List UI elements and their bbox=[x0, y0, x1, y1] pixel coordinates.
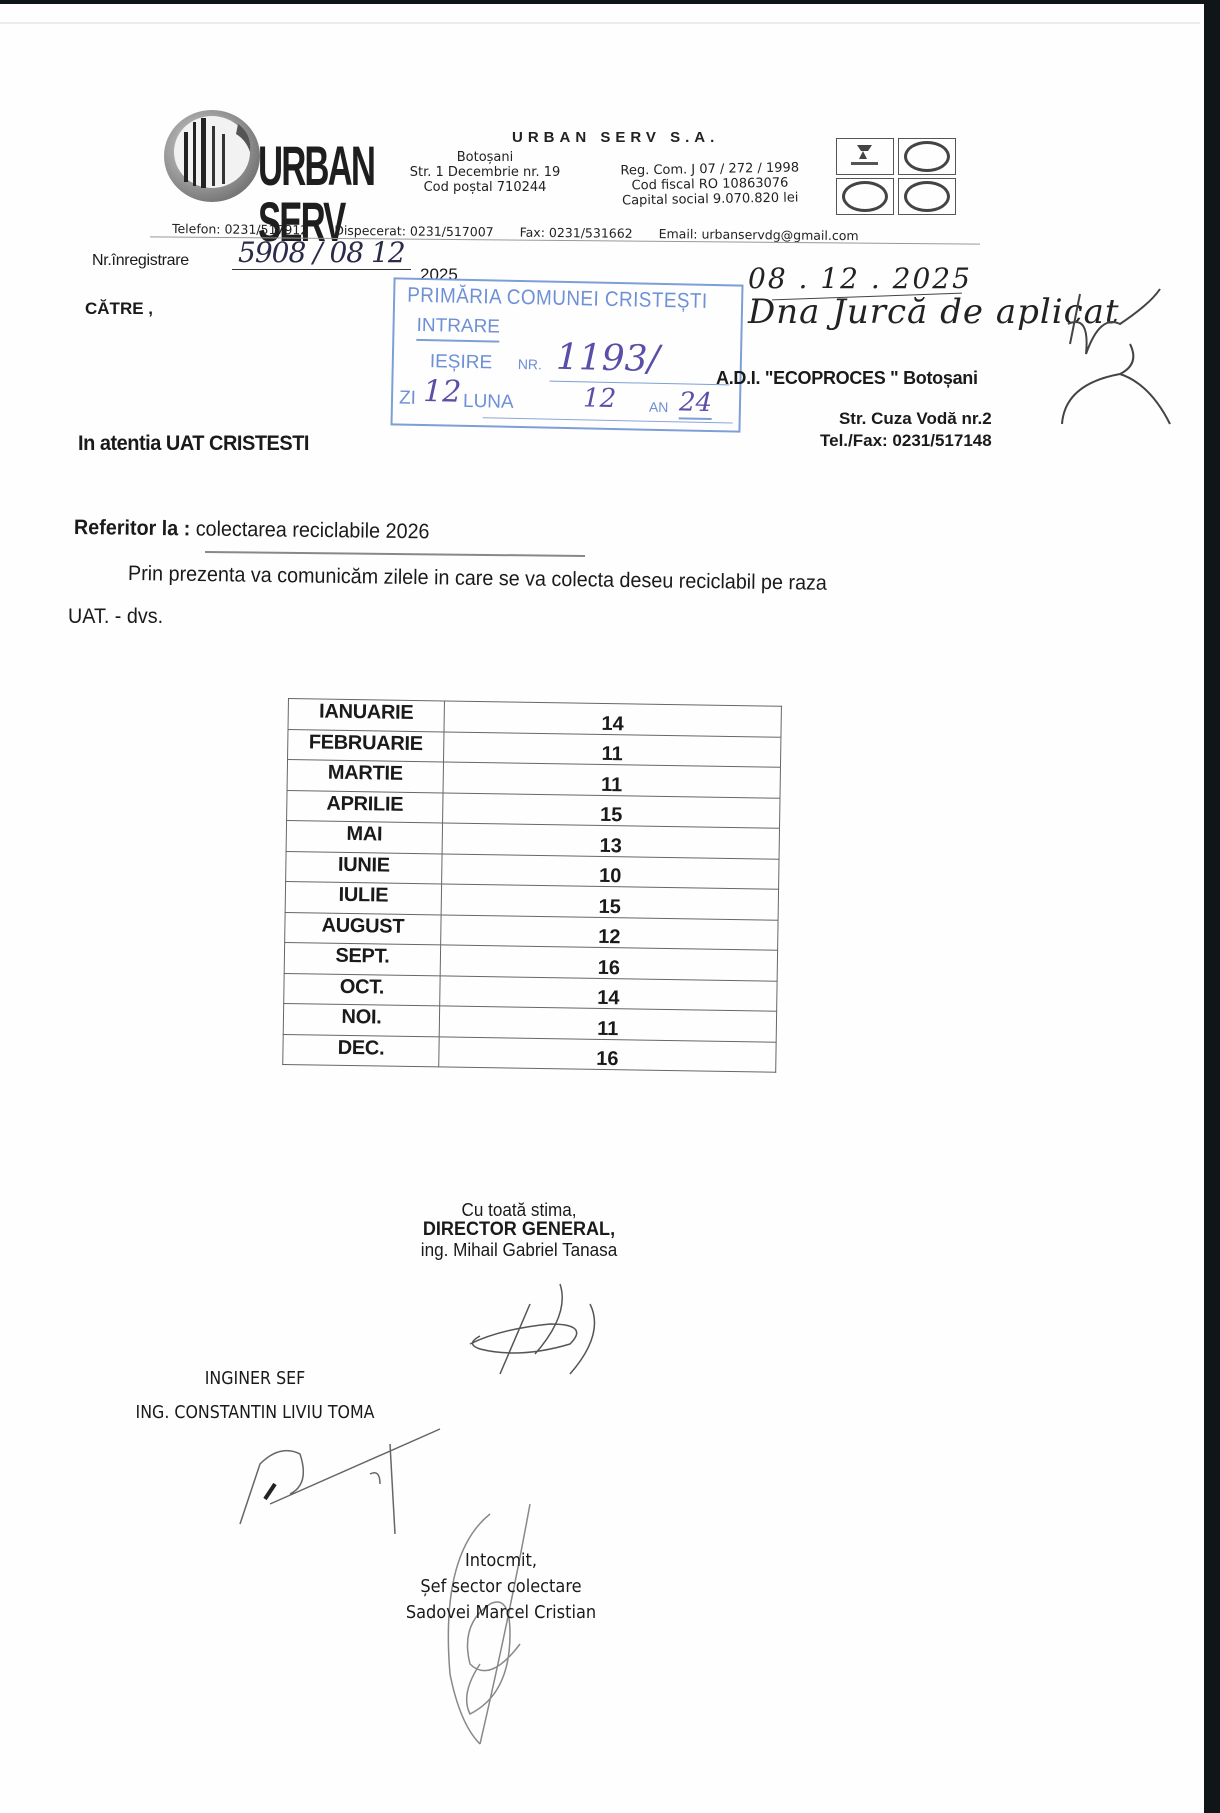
certification-seal-icon bbox=[836, 178, 894, 215]
prepared-by-block: Intocmit, Șef sector colectare Sadovei M… bbox=[389, 1548, 614, 1626]
scanned-letter-page: URBAN SERV URBAN SERV S.A. Botoșani Str.… bbox=[0, 4, 1204, 1813]
addressee-label: CĂTRE , bbox=[85, 299, 153, 319]
month-cell: IUNIE bbox=[286, 851, 442, 884]
stamp-nr-line bbox=[549, 381, 729, 386]
month-cell: MAI bbox=[286, 820, 442, 853]
company-registry: Reg. Com. J 07 / 272 / 1998 Cod fiscal R… bbox=[600, 160, 821, 209]
recipient-address: Str. Cuza Vodă nr.2 Tel./Fax: 0231/51714… bbox=[820, 408, 992, 452]
month-cell: AUGUST bbox=[285, 912, 441, 945]
month-cell: SEPT. bbox=[284, 942, 440, 975]
month-cell: DEC. bbox=[283, 1034, 439, 1067]
registration-number: 5908 / 08 12 bbox=[232, 236, 411, 270]
collection-day-cell: 16 bbox=[439, 1036, 776, 1072]
body-paragraph-line: UAT. - dvs. bbox=[68, 605, 163, 629]
stamp-iesire-label: IEȘIRE bbox=[430, 351, 493, 374]
company-address: Botoșani Str. 1 Decembrie nr. 19 Cod poș… bbox=[395, 150, 575, 195]
fax-number: Fax: 0231/531662 bbox=[520, 225, 633, 241]
body-paragraph-line: Prin prezenta va comunicăm zilele in car… bbox=[128, 562, 827, 596]
phone-number: Telefon: 0231/517912 bbox=[172, 221, 308, 237]
month-cell: IANUARIE bbox=[288, 699, 444, 732]
annotation-signature-icon bbox=[1060, 284, 1180, 454]
month-cell: APRILIE bbox=[287, 790, 443, 823]
stamp-zi-label: ZI bbox=[399, 387, 416, 409]
prepared-by-label: Intocmit, bbox=[389, 1548, 614, 1574]
globe-logo-icon bbox=[160, 104, 270, 204]
stamp-zi-value: 12 bbox=[423, 374, 462, 410]
attention-line: In atentia UAT CRISTESTI bbox=[78, 432, 309, 456]
stamp-nr-label: NR. bbox=[518, 356, 542, 373]
address-city: Botoșani bbox=[395, 150, 575, 165]
closing-salutation: Cu toată stima, bbox=[395, 1200, 644, 1220]
annotation-date: 08 . 12 . 2025 bbox=[748, 262, 972, 295]
collection-schedule-table: IANUARIE14FEBRUARIE11MARTIE11APRILIE15MA… bbox=[282, 698, 782, 1073]
director-signature-icon bbox=[460, 1274, 620, 1384]
month-cell: IULIE bbox=[285, 881, 441, 914]
urban-serv-logo: URBAN SERV bbox=[160, 104, 400, 204]
subject-underline bbox=[205, 551, 585, 557]
prepared-by-name: Sadovei Marcel Cristian bbox=[389, 1600, 614, 1626]
recipient-phone: Tel./Fax: 0231/517148 bbox=[820, 430, 992, 452]
stamp-luna-label: LUNA bbox=[463, 391, 514, 414]
month-cell: NOI. bbox=[283, 1003, 439, 1036]
share-capital: Capital social 9.070.820 lei bbox=[600, 190, 820, 209]
director-title: DIRECTOR GENERAL, bbox=[395, 1220, 644, 1240]
director-signature-block: Cu toată stima, DIRECTOR GENERAL, ing. M… bbox=[395, 1200, 644, 1260]
director-name: ing. Mihail Gabriel Tanasa bbox=[395, 1240, 644, 1260]
prepared-by-title: Șef sector colectare bbox=[389, 1574, 614, 1600]
town-hall-intake-stamp: PRIMĂRIA COMUNEI CRISTEȘTI INTRARE IEȘIR… bbox=[390, 277, 743, 432]
address-postal: Cod poștal 710244 bbox=[395, 180, 575, 195]
subject-text: colectarea reciclabile 2026 bbox=[196, 517, 430, 543]
registration-label: Nr.înregistrare bbox=[92, 252, 189, 270]
address-street: Str. 1 Decembrie nr. 19 bbox=[395, 165, 575, 180]
stamp-nr-value: 1193/ bbox=[556, 337, 661, 380]
stamp-title: PRIMĂRIA COMUNEI CRISTEȘTI bbox=[407, 284, 708, 314]
company-name: URBAN SERV S.A. bbox=[512, 129, 719, 146]
stamp-an-label: AN bbox=[649, 399, 669, 415]
certification-seal-icon bbox=[898, 138, 956, 175]
month-cell: OCT. bbox=[284, 973, 440, 1006]
scan-edge-line bbox=[0, 22, 1200, 24]
chief-engineer-title: INGINER SEF bbox=[110, 1362, 400, 1396]
month-cell: MARTIE bbox=[287, 760, 443, 793]
recipient-street: Str. Cuza Vodă nr.2 bbox=[820, 408, 992, 430]
certification-seal-icon bbox=[836, 138, 894, 175]
subject-line: Referitor la : colectarea reciclabile 20… bbox=[74, 516, 430, 544]
chief-engineer-block: INGINER SEF ING. CONSTANTIN LIVIU TOMA bbox=[110, 1362, 400, 1430]
chief-engineer-signature-icon bbox=[230, 1424, 450, 1534]
table-row: DEC.16 bbox=[283, 1034, 776, 1072]
stamp-intrare-label: INTRARE bbox=[416, 315, 500, 343]
subject-label: Referitor la : bbox=[74, 516, 191, 540]
stamp-an-value: 24 bbox=[679, 387, 713, 420]
stamp-luna-value: 12 bbox=[583, 383, 617, 414]
recipient-name: A.D.I. "ECOPROCES " Botoșani bbox=[716, 368, 978, 389]
month-cell: FEBRUARIE bbox=[288, 729, 444, 762]
certification-seals bbox=[836, 138, 960, 216]
certification-seal-icon bbox=[898, 178, 956, 215]
